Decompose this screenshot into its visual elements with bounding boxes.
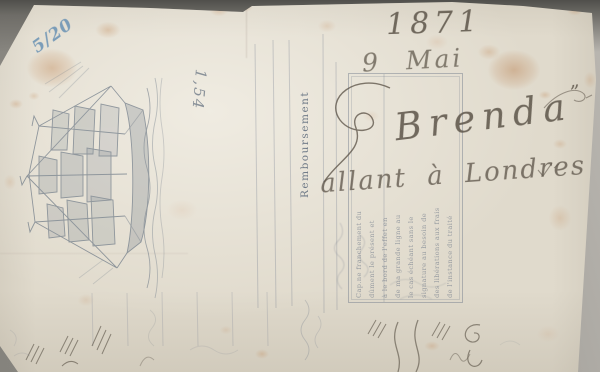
ship-engraving-illustration bbox=[19, 50, 167, 308]
printed-vertical-label: Remboursement bbox=[299, 74, 317, 198]
photo-of-document: Remboursement Cap.ne franchement du dûme… bbox=[0, 0, 600, 372]
fold-crease-vertical bbox=[246, 0, 247, 58]
ship-name-quote: ” bbox=[569, 81, 581, 104]
aged-paper-sheet: Remboursement Cap.ne franchement du dûme… bbox=[0, 0, 600, 372]
handwritten-year: 1871 bbox=[385, 4, 483, 42]
rotated-margin-number: 1,54 bbox=[188, 68, 210, 111]
handwritten-date: 9 Mai bbox=[361, 43, 464, 77]
